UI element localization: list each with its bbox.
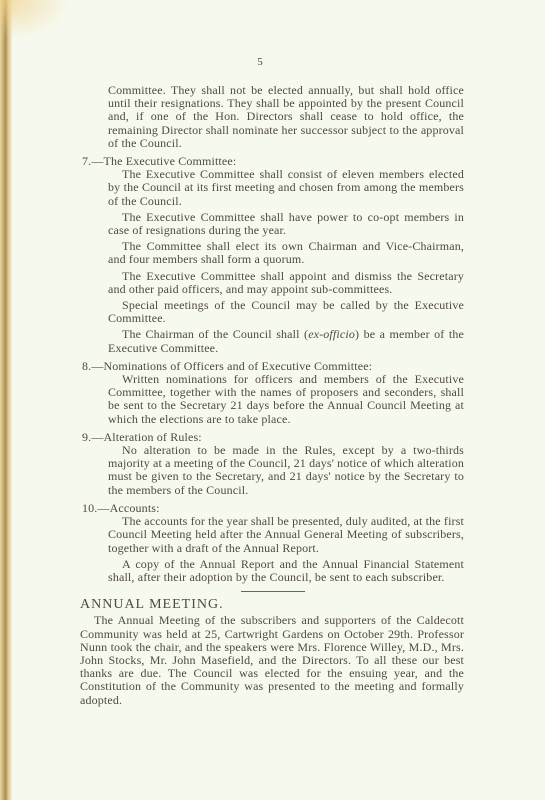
annual-meeting-title: ANNUAL MEETING. <box>80 598 464 611</box>
book-binding-edge <box>0 0 12 800</box>
section-title: —Alteration of Rules: <box>91 430 201 444</box>
section-8: 8.—Nominations of Officers and of Execut… <box>82 360 464 426</box>
section-7: 7.—The Executive Committee: The Executiv… <box>82 155 464 355</box>
continuation-paragraph: Committee. They shall not be elected ann… <box>108 84 464 150</box>
paragraph-ex-officio: The Chairman of the Council shall (ex-of… <box>108 328 464 354</box>
page-number: 5 <box>0 56 520 68</box>
paragraph: Special meetings of the Council may be c… <box>108 299 464 325</box>
paragraph: The Executive Committee shall appoint an… <box>108 270 464 296</box>
section-title: —Accounts: <box>97 501 159 515</box>
annual-meeting-body: The Annual Meeting of the subscribers an… <box>80 614 464 706</box>
section-number: 9. <box>82 430 91 444</box>
paragraph: The Committee shall elect its own Chairm… <box>108 240 464 266</box>
paragraph: The Executive Committee shall have power… <box>108 211 464 237</box>
paragraph: A copy of the Annual Report and the Annu… <box>108 558 464 584</box>
paragraph: No alteration to be made in the Rules, e… <box>108 444 464 497</box>
paragraph: The accounts for the year shall be prese… <box>108 515 464 555</box>
section-number: 8. <box>82 359 91 373</box>
italic-term: ex-officio <box>308 327 355 341</box>
section-9: 9.—Alteration of Rules: No alteration to… <box>82 431 464 497</box>
section-title: —The Executive Committee: <box>91 154 236 168</box>
page-content: Committee. They shall not be elected ann… <box>82 84 464 707</box>
section-number: 7. <box>82 154 91 168</box>
paragraph: Written nominations for officers and mem… <box>108 373 464 426</box>
section-number: 10. <box>82 501 97 515</box>
section-10: 10.—Accounts: The accounts for the year … <box>82 502 464 584</box>
annual-meeting-section: ANNUAL MEETING. The Annual Meeting of th… <box>82 598 464 707</box>
section-divider <box>241 591 305 592</box>
section-title: —Nominations of Officers and of Executiv… <box>91 359 372 373</box>
paper-stain <box>0 0 70 40</box>
paragraph: The Executive Committee shall consist of… <box>108 168 464 208</box>
